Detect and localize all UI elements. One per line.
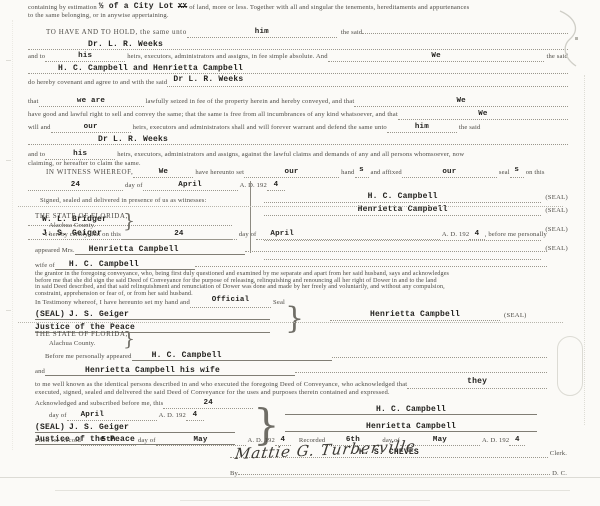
typed-day: 24 <box>174 230 183 238</box>
fill-in-blank: our <box>244 169 339 178</box>
printed-text: the said <box>341 29 363 36</box>
fill-in-blank: our <box>402 169 497 178</box>
ack-signer-1: H. C. Campbell <box>285 406 537 415</box>
printed-text: constraint, apprehension or fear of, or … <box>35 291 547 298</box>
heirs-line: and to his heirs, executors, administrat… <box>28 53 568 62</box>
containing-line: containing by estimation ½ of a City Lot… <box>28 3 568 12</box>
typed-month: April <box>270 230 294 238</box>
fill-in-blank: (SEAL) J. S. Geiger <box>35 311 270 320</box>
printed-text: TO HAVE AND TO HOLD, the same unto <box>46 28 187 36</box>
before-me-line: Before me personally appeared H. C. Camp… <box>35 349 547 361</box>
printed-text: do hereby covenant and agree to and with… <box>28 79 167 86</box>
typed-seal-label: (SEAL) <box>35 310 65 319</box>
subscribed-line: Acknowledged and subscribed before me, t… <box>35 400 253 409</box>
scan-artifact-left-margin <box>12 20 14 450</box>
containing-cont-line: to the same belonging, or in anywise app… <box>28 12 568 19</box>
signature-line <box>238 466 550 475</box>
seal-label: (SEAL) <box>504 312 527 319</box>
printed-text: to the same belonging, or in anywise app… <box>28 12 169 19</box>
printed-text: , before me personally <box>485 231 547 238</box>
fill-in-blank <box>195 258 547 267</box>
typed-seal-label: (SEAL) <box>35 423 65 432</box>
ack-signer-2: Henrietta Campbell <box>285 423 537 432</box>
printed-text: and to <box>28 53 45 60</box>
fill-in-blank: 24 <box>28 182 123 191</box>
and-name-line: and Henrietta Campbell his wife <box>35 364 547 376</box>
printed-text: hand <box>341 169 354 176</box>
printed-text: and affixed <box>371 169 402 176</box>
printed-text: on this <box>526 169 545 176</box>
printed-text: have hereunto set <box>195 169 244 176</box>
signature-line: H. C. Campbell <box>264 193 541 203</box>
typed-entry: him <box>415 123 429 131</box>
state-label: THE STATE OF FLORIDA, <box>35 330 547 338</box>
fill-in-blank: April <box>67 412 157 421</box>
known-line: to me well known as the identical person… <box>35 380 547 389</box>
fill-in-blank: H. C. Campbell and Henrietta Campbell <box>28 65 568 74</box>
typed-entry: we are <box>77 97 105 105</box>
filing-block: Filed for Record 5th day of May A. D. 19… <box>35 437 567 477</box>
witness-heading: Signed, sealed and delivered in presence… <box>28 197 250 204</box>
fill-in-blank: We <box>398 111 568 120</box>
grantee-name-line-2: Dr L. R. Weeks <box>28 136 568 145</box>
brace-glyph: } <box>123 210 135 232</box>
scan-artifact-paper-edge-1 <box>0 477 600 478</box>
fill-in-blank <box>332 349 547 358</box>
printed-text: day of <box>49 412 67 419</box>
printed-text: lawfully seized in fee of the property h… <box>146 98 355 105</box>
fill-in-blank: Dr. L. R. Weeks <box>28 41 568 50</box>
signature-line: Henrietta Campbell <box>285 423 537 432</box>
scan-artifact-paper-edge-2 <box>55 490 570 491</box>
printed-text: of land, more or less. Together with all… <box>189 4 469 11</box>
typed-month: May <box>193 436 207 444</box>
scan-artifact-binder-hole <box>557 336 583 396</box>
typed-entry: s <box>514 166 519 174</box>
printed-text: A. D. 192 <box>442 231 469 238</box>
grantee-name-line: Dr. L. R. Weeks <box>28 41 568 50</box>
printed-text: heirs, executors, administrators and ass… <box>127 53 327 60</box>
typed-notary-name: J. S. Geiger <box>69 423 129 432</box>
fill-in-blank: him <box>387 124 457 133</box>
fill-in-blank: 24 <box>163 400 253 409</box>
signature-line: H. C. Campbell <box>285 406 537 415</box>
printed-text: will and <box>28 124 51 131</box>
fill-in-blank: H. C. Campbell <box>55 261 195 270</box>
typed-day: 24 <box>71 181 80 189</box>
typed-entry: him <box>255 28 269 36</box>
testimony-line: In Testimony whereof, I have hereunto se… <box>35 299 285 308</box>
fill-in-blank: We <box>328 53 545 62</box>
warrant-line: will and our heirs, executors and admini… <box>28 124 568 133</box>
scan-artifact-tick <box>6 310 11 311</box>
fill-in-blank: 24 <box>121 231 237 240</box>
fill-in-blank: (SEAL) J. S. Geiger <box>35 424 235 433</box>
scan-artifact-edge-line <box>584 75 586 425</box>
ack-date-line: day of April A. D. 192 4 <box>35 412 267 421</box>
right-to-sell-line: have good and lawful right to sell and c… <box>28 111 568 120</box>
typed-entry: s <box>359 166 364 174</box>
printed-text: heirs, executors and administrators shal… <box>133 124 387 131</box>
typed-signer-name: Henrietta Campbell <box>370 310 460 319</box>
printed-text: the said <box>459 124 481 131</box>
typed-entry: his <box>78 52 92 60</box>
executed-line: executed, signed, sealed and delivered t… <box>35 389 547 396</box>
typed-entry: We <box>431 52 440 60</box>
seal-label: (SEAL) <box>545 226 568 233</box>
fill-in-blank: We <box>354 98 568 107</box>
printed-text: Seal <box>273 299 285 306</box>
typed-grantee-name: Dr L. R. Weeks <box>98 135 168 144</box>
printed-text: A. D. 192 <box>240 182 267 189</box>
fill-in-blank <box>245 243 547 252</box>
habendum-line: TO HAVE AND TO HOLD, the same unto him t… <box>28 25 568 38</box>
execution-date-line: 24 day of April A. D. 192 4 <box>28 182 328 191</box>
fill-in-blank: s <box>510 169 524 178</box>
testimony-block: } In Testimony whereof, I have hereunto … <box>35 299 547 333</box>
fill-in-blank: his <box>45 151 115 160</box>
typed-name: H. C. Campbell <box>69 260 139 269</box>
appeared-line: appeared Mrs. Henrietta Campbell <box>35 243 547 255</box>
grantors-name-line: H. C. Campbell and Henrietta Campbell <box>28 65 568 74</box>
typed-sealer-name: H. C. Campbell <box>368 192 438 201</box>
printed-text: wife of <box>35 262 55 269</box>
fill-in-blank: we are <box>39 98 144 107</box>
printed-text: and to <box>28 151 45 158</box>
typed-entry: they <box>467 377 487 386</box>
typed-month: May <box>433 436 447 444</box>
fill-in-blank: We <box>133 169 193 178</box>
printed-text: IN WITNESS WHEREOF, <box>46 168 133 176</box>
printed-text: By <box>230 470 238 477</box>
fill-in-blank: Dr L. R. Weeks <box>28 136 568 145</box>
fill-in-blank: 5th <box>81 437 136 446</box>
fill-in-blank: him <box>187 29 337 38</box>
seal-label: (SEAL) <box>545 245 568 252</box>
printed-text: Filed for Record <box>35 437 81 444</box>
printed-text: that <box>28 98 39 105</box>
printed-text: Before me personally appeared <box>45 353 132 360</box>
printed-text: executed, signed, sealed and delivered t… <box>35 389 390 396</box>
typed-day: 5th <box>101 436 115 444</box>
printed-text: A. D. 192 <box>159 412 186 419</box>
printed-text: Signed, sealed and delivered in presence… <box>40 197 206 204</box>
fill-in-blank: May <box>156 437 246 446</box>
printed-text: seal <box>499 169 510 176</box>
state-label: THE STATE OF FLORIDA, <box>35 212 547 220</box>
fill-in-blank: Official <box>190 299 271 308</box>
typed-year: 4 <box>274 181 279 189</box>
claims-line: and to his heirs, executors, administrat… <box>28 151 568 160</box>
typed-name: Henrietta Campbell his wife <box>85 366 220 375</box>
printed-text: day of <box>125 182 143 189</box>
typed-entry: We <box>159 168 168 176</box>
typed-month: April <box>81 411 105 419</box>
typed-year: 4 <box>515 436 520 444</box>
fill-in-blank: our <box>51 124 131 133</box>
typed-entry: Official <box>212 296 250 304</box>
printed-text: Acknowledged and subscribed before me, t… <box>35 400 163 407</box>
state-heading: THE STATE OF FLORIDA, Alachua County. } <box>35 212 547 229</box>
dower-acknowledgment: THE STATE OF FLORIDA, Alachua County. } … <box>35 212 547 333</box>
fill-in-blank: s <box>355 169 369 178</box>
deputy-clerk-line: By D. C. <box>230 466 567 477</box>
fill-in-blank: 4 <box>267 182 285 191</box>
printed-text: In Testimony whereof, I have hereunto se… <box>35 299 190 306</box>
printed-text: A. D. 192 <box>482 437 509 444</box>
fill-in-blank: they <box>407 380 547 389</box>
printed-text: and <box>35 368 45 375</box>
claims-cont-line: claiming, or hereafter to claim the same… <box>28 160 568 167</box>
typed-entry: Dr L. R. Weeks <box>173 75 243 84</box>
typed-entry-struck: XX <box>178 3 187 11</box>
printed-text: containing by estimation <box>28 4 97 11</box>
clerk-label: Clerk. <box>550 450 567 457</box>
fill-in-blank: 4 <box>186 412 204 421</box>
fill-in-blank: April <box>256 231 440 240</box>
printed-text: day of <box>138 437 156 444</box>
seal-row-1: H. C. Campbell (SEAL) <box>264 193 568 203</box>
typed-grantee-name: Dr. L. R. Weeks <box>88 40 163 49</box>
deputy-clerk-label: D. C. <box>552 470 567 477</box>
typed-year: 4 <box>475 230 480 238</box>
in-witness-line: IN WITNESS WHEREOF, We have hereunto set… <box>28 168 568 178</box>
printed-text: day of <box>239 231 257 238</box>
state-heading: THE STATE OF FLORIDA, Alachua County. } <box>35 330 547 347</box>
printed-text: have good and lawful right to sell and c… <box>28 111 398 118</box>
fill-in-blank: Dr L. R. Weeks <box>167 78 568 87</box>
typed-entry: our <box>442 168 456 176</box>
typed-entry: We <box>478 110 487 118</box>
signature-line: Henrietta Campbell <box>330 311 500 321</box>
typed-name: Henrietta Campbell <box>89 245 179 254</box>
typed-month: April <box>178 181 202 189</box>
printed-text: appeared Mrs. <box>35 247 75 254</box>
typed-entry: his <box>73 150 87 158</box>
typed-grantors-names: H. C. Campbell and Henrietta Campbell <box>58 64 243 73</box>
fill-in-blank: H. C. Campbell <box>132 352 332 361</box>
brace-glyph: } <box>123 328 135 350</box>
typed-notary-name: J. S. Geiger <box>69 310 129 319</box>
fill-in-blank: his <box>45 53 125 62</box>
typed-signer-name: H. C. Campbell <box>376 405 446 414</box>
section-separator <box>18 322 563 323</box>
scanned-deed-page: containing by estimation ½ of a City Lot… <box>0 0 600 506</box>
fill-in-blank <box>362 25 568 34</box>
printed-text: I hereby certify that on this <box>45 231 121 238</box>
scan-artifact-tick <box>6 60 11 61</box>
typed-entry: our <box>285 168 299 176</box>
certify-line: I hereby certify that on this 24 day of … <box>35 231 547 240</box>
seized-line: that we are lawfully seized in fee of th… <box>28 98 568 107</box>
typed-year: 4 <box>193 411 198 419</box>
fill-in-blank: Henrietta Campbell <box>75 246 245 255</box>
scan-artifact-paper-edge-3 <box>180 500 430 501</box>
fill-in-blank <box>295 364 547 373</box>
seal-label: (SEAL) <box>545 194 568 201</box>
acknowledgment-section: THE STATE OF FLORIDA, Alachua County. } … <box>35 330 547 445</box>
section-separator <box>18 206 563 207</box>
typed-entry: We <box>456 97 465 105</box>
fill-in-blank: 4 <box>469 231 484 240</box>
typed-name: H. C. Campbell <box>152 351 222 360</box>
scan-artifact-dot <box>575 37 578 40</box>
scan-artifact-tick <box>6 160 11 161</box>
covenant-line: do hereby covenant and agree to and with… <box>28 78 568 87</box>
typed-day: 24 <box>204 399 213 407</box>
wife-of-line: wife of H. C. Campbell <box>35 258 547 270</box>
printed-text: claiming, or hereafter to claim the same… <box>28 160 141 167</box>
typed-entry: our <box>84 123 98 131</box>
scan-artifact-curl <box>550 8 586 70</box>
ack-signer-column: H. C. Campbell Henrietta Campbell <box>285 406 537 432</box>
fill-in-blank: 4 <box>509 437 525 446</box>
dower-body-paragraph: the grantor in the foregoing conveyance,… <box>35 271 547 297</box>
printed-text: heirs, executors, administrators and ass… <box>117 151 464 158</box>
printed-text: to me well known as the identical person… <box>35 381 407 388</box>
fill-in-blank: April <box>143 182 238 191</box>
fill-in-blank: Henrietta Campbell his wife <box>45 367 295 376</box>
typed-signer-name: Henrietta Campbell <box>366 422 456 431</box>
typed-entry-lot: ½ of a City Lot <box>99 2 174 11</box>
seal-label: (SEAL) <box>545 207 568 214</box>
